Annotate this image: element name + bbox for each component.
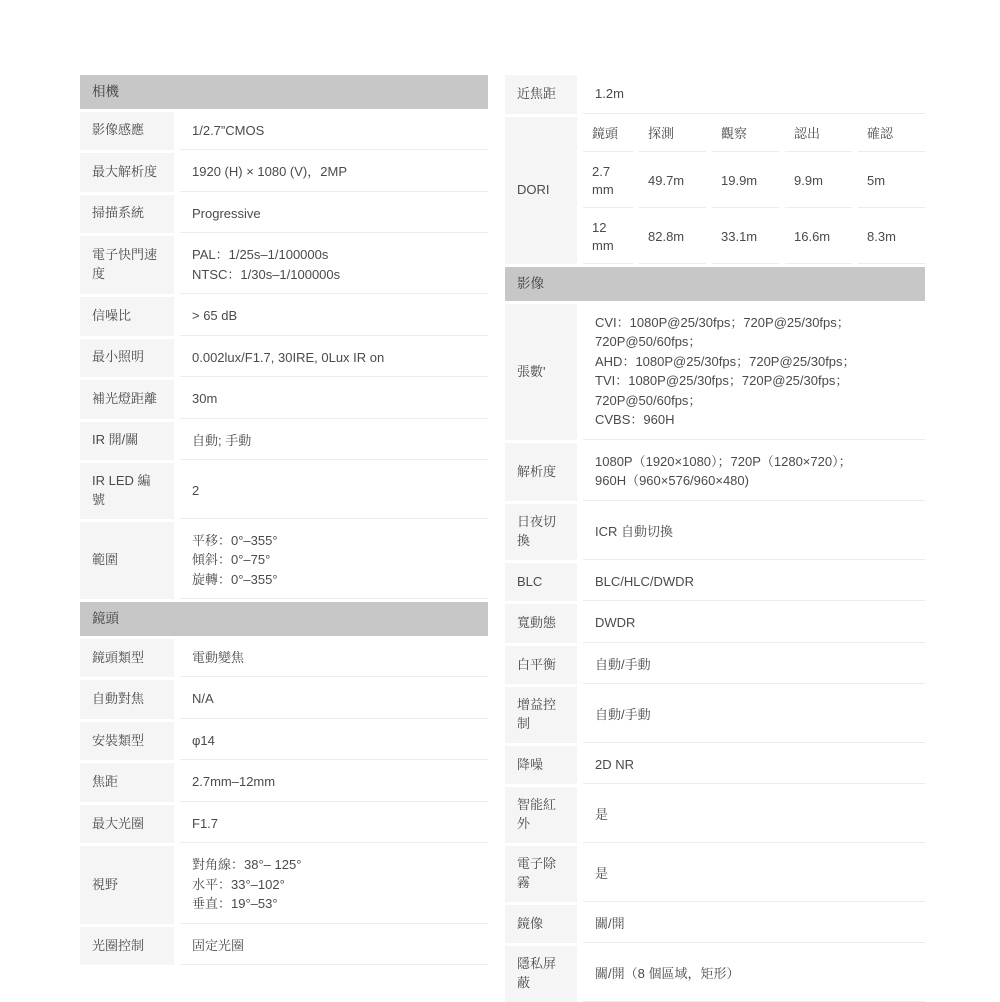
spec-row-privacy-mask: 隱私屏蔽 關/開（8 個區域，矩形） [505,946,925,1002]
spec-value: 30m [180,380,488,419]
spec-value: 是 [583,787,925,843]
dori-cell: 2.7 mm [583,155,633,208]
spec-row-max-resolution: 最大解析度 1920 (H) × 1080 (V)，2MP [80,153,488,192]
spec-row-iris-control: 光圈控制 固定光圈 [80,927,488,966]
spec-value: 1/2.7”CMOS [180,112,488,151]
spec-value: 2D NR [583,746,925,785]
spec-value: > 65 dB [180,297,488,336]
spec-label: 鏡像 [505,905,577,944]
spec-label: 電子快門速度 [80,236,174,294]
spec-row-snr: 信噪比 > 65 dB [80,297,488,336]
spec-row-resolution: 解析度 1080P（1920×1080）；720P（1280×720）； 960… [505,443,925,501]
spec-value: φ14 [180,722,488,761]
section-header-lens: 鏡頭 [80,602,488,636]
spec-value: 1.2m [583,75,925,114]
spec-row-smart-ir: 智能紅外 是 [505,787,925,843]
spec-label: 影像感應 [80,112,174,151]
spec-value: DWDR [583,604,925,643]
spec-row-blc: BLC BLC/HLC/DWDR [505,563,925,602]
spec-row-ir-onoff: IR 開/關 自動; 手動 [80,422,488,461]
spec-value: ICR 自動切換 [583,504,925,560]
spec-label: 解析度 [505,443,577,501]
spec-row-autofocus: 自動對焦 N/A [80,680,488,719]
dori-cell: 49.7m [639,155,706,208]
spec-label: 白平衡 [505,646,577,685]
spec-value: BLC/HLC/DWDR [583,563,925,602]
spec-label: 最大解析度 [80,153,174,192]
spec-row-scan-system: 掃描系統 Progressive [80,195,488,234]
spec-row-mount-type: 安裝類型 φ14 [80,722,488,761]
spec-value: 自動; 手動 [180,422,488,461]
spec-value: CVI：1080P@25/30fps；720P@25/30fps； 720P@5… [583,304,925,440]
spec-value: 是 [583,846,925,902]
spec-row-dori: DORI 鏡頭 探測 觀察 認出 確認 2.7 mm 49.7m 19.9m 9… [505,117,925,265]
dori-cell: 82.8m [639,211,706,264]
spec-row-range: 範圍 平移：0°–355° 傾斜：0°–75° 旋轉：0°–355° [80,522,488,600]
spec-value: N/A [180,680,488,719]
spec-label: 光圈控制 [80,927,174,966]
spec-row-frame-rates: 張數' CVI：1080P@25/30fps；720P@25/30fps； 72… [505,304,925,440]
spec-value: Progressive [180,195,488,234]
spec-label: 焦距 [80,763,174,802]
spec-label: 智能紅外 [505,787,577,843]
spec-value: 平移：0°–355° 傾斜：0°–75° 旋轉：0°–355° [180,522,488,600]
spec-row-shutter-speed: 電子快門速度 PAL：1/25s–1/100000s NTSC：1/30s–1/… [80,236,488,294]
spec-row-near-focus: 近焦距 1.2m [505,75,925,114]
spec-value: 2.7mm–12mm [180,763,488,802]
spec-row-ir-distance: 補光燈距離 30m [80,380,488,419]
dori-cell: 16.6m [785,211,852,264]
spec-row-lens-type: 鏡頭類型 電動變焦 [80,639,488,678]
dori-cell: 8.3m [858,211,925,264]
spec-value: 對角線：38°– 125° 水平：33°–102° 垂直：19°–53° [180,846,488,924]
spec-sheet-page: 相機 影像感應 1/2.7”CMOS 最大解析度 1920 (H) × 1080… [0,0,1000,1000]
spec-label: 張數' [505,304,577,440]
spec-label: 隱私屏蔽 [505,946,577,1002]
spec-value: 自動/手動 [583,687,925,743]
spec-label: 增益控制 [505,687,577,743]
spec-label: 最大光圈 [80,805,174,844]
spec-label: 寬動態 [505,604,577,643]
spec-value: 1920 (H) × 1080 (V)，2MP [180,153,488,192]
dori-header-observe: 觀察 [712,117,779,152]
spec-label: DORI [505,117,577,265]
spec-label: 安裝類型 [80,722,174,761]
dori-table: 鏡頭 探測 觀察 認出 確認 2.7 mm 49.7m 19.9m 9.9m 5… [583,117,925,265]
section-header-image: 影像 [505,267,925,301]
spec-value: 0.002lux/F1.7, 30IRE, 0Lux IR on [180,339,488,378]
spec-label: 降噪 [505,746,577,785]
spec-label: 範圍 [80,522,174,600]
spec-value: 1080P（1920×1080）；720P（1280×720）； 960H（96… [583,443,925,501]
dori-cell: 5m [858,155,925,208]
spec-value: 電動變焦 [180,639,488,678]
spec-row-defog: 電子除霧 是 [505,846,925,902]
spec-value: 關/開 [583,905,925,944]
dori-header-detect: 探測 [639,117,706,152]
spec-label: IR LED 編號 [80,463,174,519]
spec-row-ir-led-count: IR LED 編號 2 [80,463,488,519]
spec-label: IR 開/關 [80,422,174,461]
spec-table-right: 近焦距 1.2m DORI 鏡頭 探測 觀察 認出 確認 2.7 mm 49.7… [505,75,925,1002]
spec-label: 日夜切換 [505,504,577,560]
spec-value: PAL：1/25s–1/100000s NTSC：1/30s–1/100000s [180,236,488,294]
spec-value: 自動/手動 [583,646,925,685]
spec-label: 信噪比 [80,297,174,336]
dori-cell: 19.9m [712,155,779,208]
spec-label: 最小照明 [80,339,174,378]
spec-label: 近焦距 [505,75,577,114]
spec-label: 自動對焦 [80,680,174,719]
spec-label: 鏡頭類型 [80,639,174,678]
spec-row-noise-reduction: 降噪 2D NR [505,746,925,785]
spec-table-left: 相機 影像感應 1/2.7”CMOS 最大解析度 1920 (H) × 1080… [80,75,488,965]
spec-row-max-aperture: 最大光圈 F1.7 [80,805,488,844]
dori-header-lens: 鏡頭 [583,117,633,152]
spec-value: 固定光圈 [180,927,488,966]
spec-value: 關/開（8 個區域，矩形） [583,946,925,1002]
section-header-camera: 相機 [80,75,488,109]
spec-label: 視野 [80,846,174,924]
spec-label: 補光燈距離 [80,380,174,419]
spec-row-min-illumination: 最小照明 0.002lux/F1.7, 30IRE, 0Lux IR on [80,339,488,378]
spec-row-wdr: 寬動態 DWDR [505,604,925,643]
spec-row-image-sensor: 影像感應 1/2.7”CMOS [80,112,488,151]
spec-row-day-night: 日夜切換 ICR 自動切換 [505,504,925,560]
spec-row-focal-length: 焦距 2.7mm–12mm [80,763,488,802]
spec-value: 2 [180,463,488,519]
spec-label: 掃描系統 [80,195,174,234]
dori-header-identify: 確認 [858,117,925,152]
spec-row-gain-control: 增益控制 自動/手動 [505,687,925,743]
spec-label: BLC [505,563,577,602]
spec-value: F1.7 [180,805,488,844]
spec-row-field-of-view: 視野 對角線：38°– 125° 水平：33°–102° 垂直：19°–53° [80,846,488,924]
spec-label: 電子除霧 [505,846,577,902]
dori-cell: 12 mm [583,211,633,264]
dori-cell: 33.1m [712,211,779,264]
spec-row-white-balance: 白平衡 自動/手動 [505,646,925,685]
spec-row-mirror: 鏡像 關/開 [505,905,925,944]
dori-cell: 9.9m [785,155,852,208]
dori-header-recognize: 認出 [785,117,852,152]
